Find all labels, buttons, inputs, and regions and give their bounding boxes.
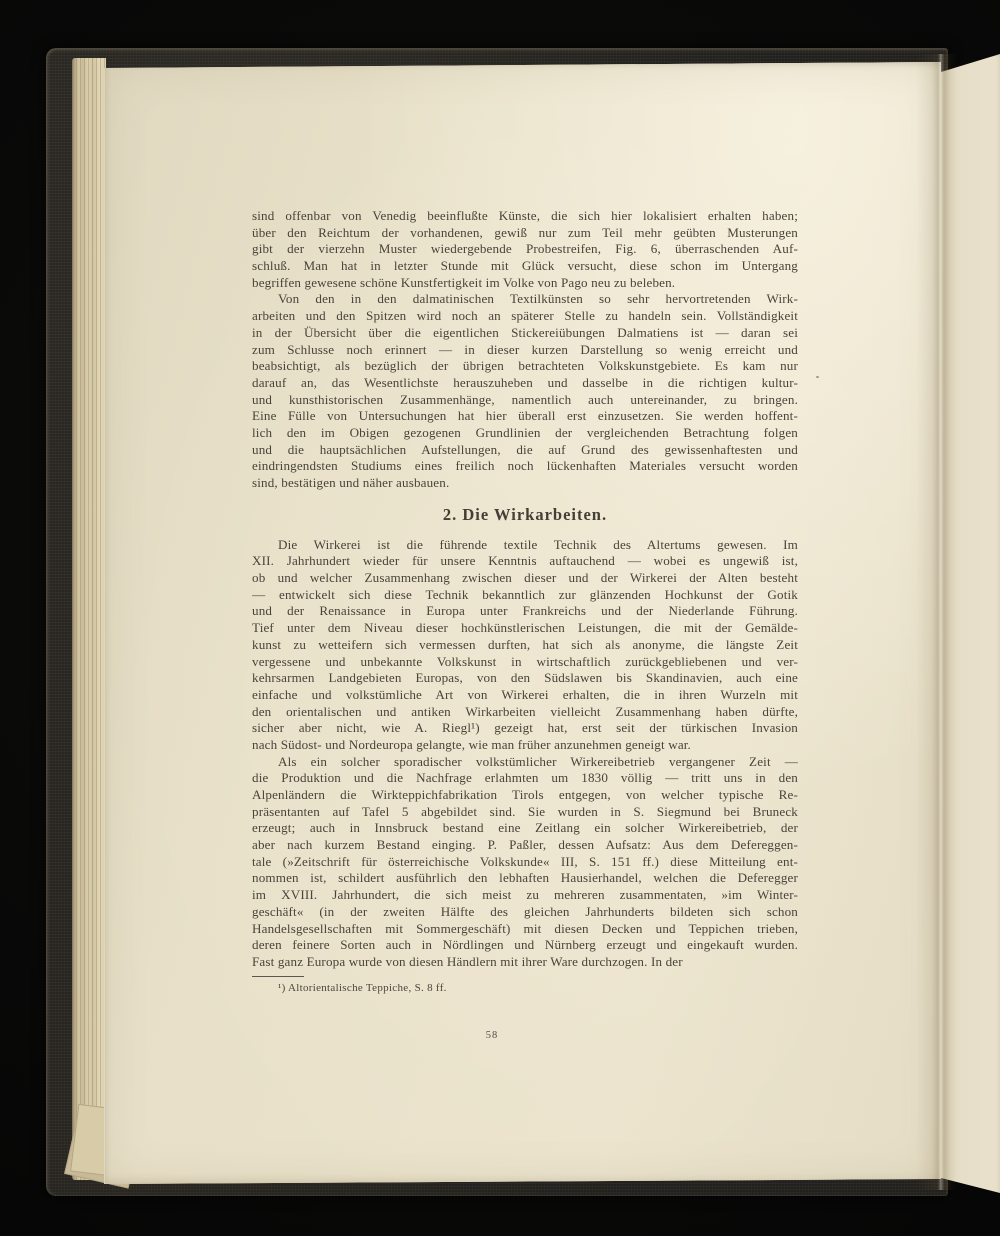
footnote: ¹) Altorientalische Teppiche, S. 8 ff.: [252, 981, 798, 995]
text-line: beabsichtigt, als bezüglich der übrigen …: [252, 358, 798, 375]
text-block: sind offenbar von Venedig beeinflußte Kü…: [252, 208, 798, 995]
text-line: Alpenländern die Wirkteppichfabrikation …: [252, 787, 798, 804]
text-line: sind offenbar von Venedig beeinflußte Kü…: [252, 208, 798, 225]
page-edges-stack: [72, 58, 106, 1180]
text-line: geschäft« (in der zweiten Hälfte des gle…: [252, 904, 798, 921]
text-line: nach Südost- und Nordeuropa gelangte, wi…: [252, 737, 798, 754]
text-line: über den Reichtum der vorhandenen, gewiß…: [252, 225, 798, 242]
paragraph: Die Wirkerei ist die führende textile Te…: [252, 537, 798, 754]
paragraph: Von den in den dalmatinischen Textilküns…: [252, 291, 798, 491]
text-line: nommen ist, schildert ausführlich den le…: [252, 870, 798, 887]
text-line: kunst zu wetteifern sich vermessen durft…: [252, 637, 798, 654]
text-line: Fast ganz Europa wurde von diesen Händle…: [252, 954, 798, 971]
text-line: und der Renaissance in Europa unter Fran…: [252, 603, 798, 620]
text-line: lich den im Obigen gezogenen Grundlinien…: [252, 425, 798, 442]
text-line: XII. Jahrhundert wieder für unsere Kennt…: [252, 553, 798, 570]
text-line: Von den in den dalmatinischen Textilküns…: [252, 291, 798, 308]
text-line: begriffen gewesene schöne Kunstfertigkei…: [252, 275, 798, 292]
text-line: Handelsgesellschaften mit Sommergeschäft…: [252, 921, 798, 938]
text-line: sind, bestätigen und näher ausbauen.: [252, 475, 798, 492]
text-line: Tief unter dem Niveau dieser hochkünstle…: [252, 620, 798, 637]
text-line: und die hauptsächlichen Aufstellungen, d…: [252, 442, 798, 459]
text-line: darauf an, das Wesentlichste herauszuheb…: [252, 375, 798, 392]
text-line: — entwickelt sich diese Technik bekanntl…: [252, 587, 798, 604]
text-line: erzeugt; auch in Innsbruck bestand eine …: [252, 820, 798, 837]
book-page: sind offenbar von Venedig beeinflußte Kü…: [104, 62, 941, 1184]
text-line: eindringendsten Studiums eines freilich …: [252, 458, 798, 475]
text-line: gibt der vierzehn Muster wiedergebende P…: [252, 241, 798, 258]
facing-page-edge: [941, 52, 1000, 1193]
text-line: einfache und volkstümliche Art von Wirke…: [252, 687, 798, 704]
text-line: präsentanten auf Tafel 5 abgebildet sind…: [252, 804, 798, 821]
text-line: die Produktion und die Nachfrage erlahmt…: [252, 770, 798, 787]
footnote-separator: [252, 976, 304, 977]
page-speck: [816, 376, 819, 378]
text-line: Als ein solcher sporadischer volkstümlic…: [252, 754, 798, 771]
page-number: 58: [252, 1030, 732, 1041]
text-line: kehrsarmen Landgebieten Europas, von den…: [252, 670, 798, 687]
text-line: in der Übersicht über die eigentlichen S…: [252, 325, 798, 342]
text-line: Eine Fülle von Untersuchungen hat hier ü…: [252, 408, 798, 425]
text-line: zum Schlusse noch erinnert — in dieser k…: [252, 342, 798, 359]
paragraph: Als ein solcher sporadischer volkstümlic…: [252, 754, 798, 971]
text-line: Die Wirkerei ist die führende textile Te…: [252, 537, 798, 554]
text-line: aber nach kurzem Bestand einging. P. Paß…: [252, 837, 798, 854]
text-line: tale (»Zeitschrift für österreichische V…: [252, 854, 798, 871]
text-line: deren feinere Sorten auch in Nördlingen …: [252, 937, 798, 954]
text-line: und kunsthistorischen Zusammenhänge, nam…: [252, 392, 798, 409]
section-heading: 2. Die Wirkarbeiten.: [252, 505, 798, 525]
text-line: ob und welcher Zusammenhang zwischen die…: [252, 570, 798, 587]
paragraph: sind offenbar von Venedig beeinflußte Kü…: [252, 208, 798, 291]
text-line: sicher aber nicht, wie A. Riegl¹) gezeig…: [252, 720, 798, 737]
text-line: den orientalischen und antiken Wirkarbei…: [252, 704, 798, 721]
text-line: im XVIII. Jahrhundert, die sich meist zu…: [252, 887, 798, 904]
page-speck: [458, 548, 460, 550]
text-line: arbeiten und den Spitzen wird noch an sp…: [252, 308, 798, 325]
text-line: vergessene und unbekannte Volkskunst in …: [252, 654, 798, 671]
photographed-book-scene: sind offenbar von Venedig beeinflußte Kü…: [0, 0, 1000, 1236]
text-line: schluß. Man hat in letzter Stunde mit Gl…: [252, 258, 798, 275]
